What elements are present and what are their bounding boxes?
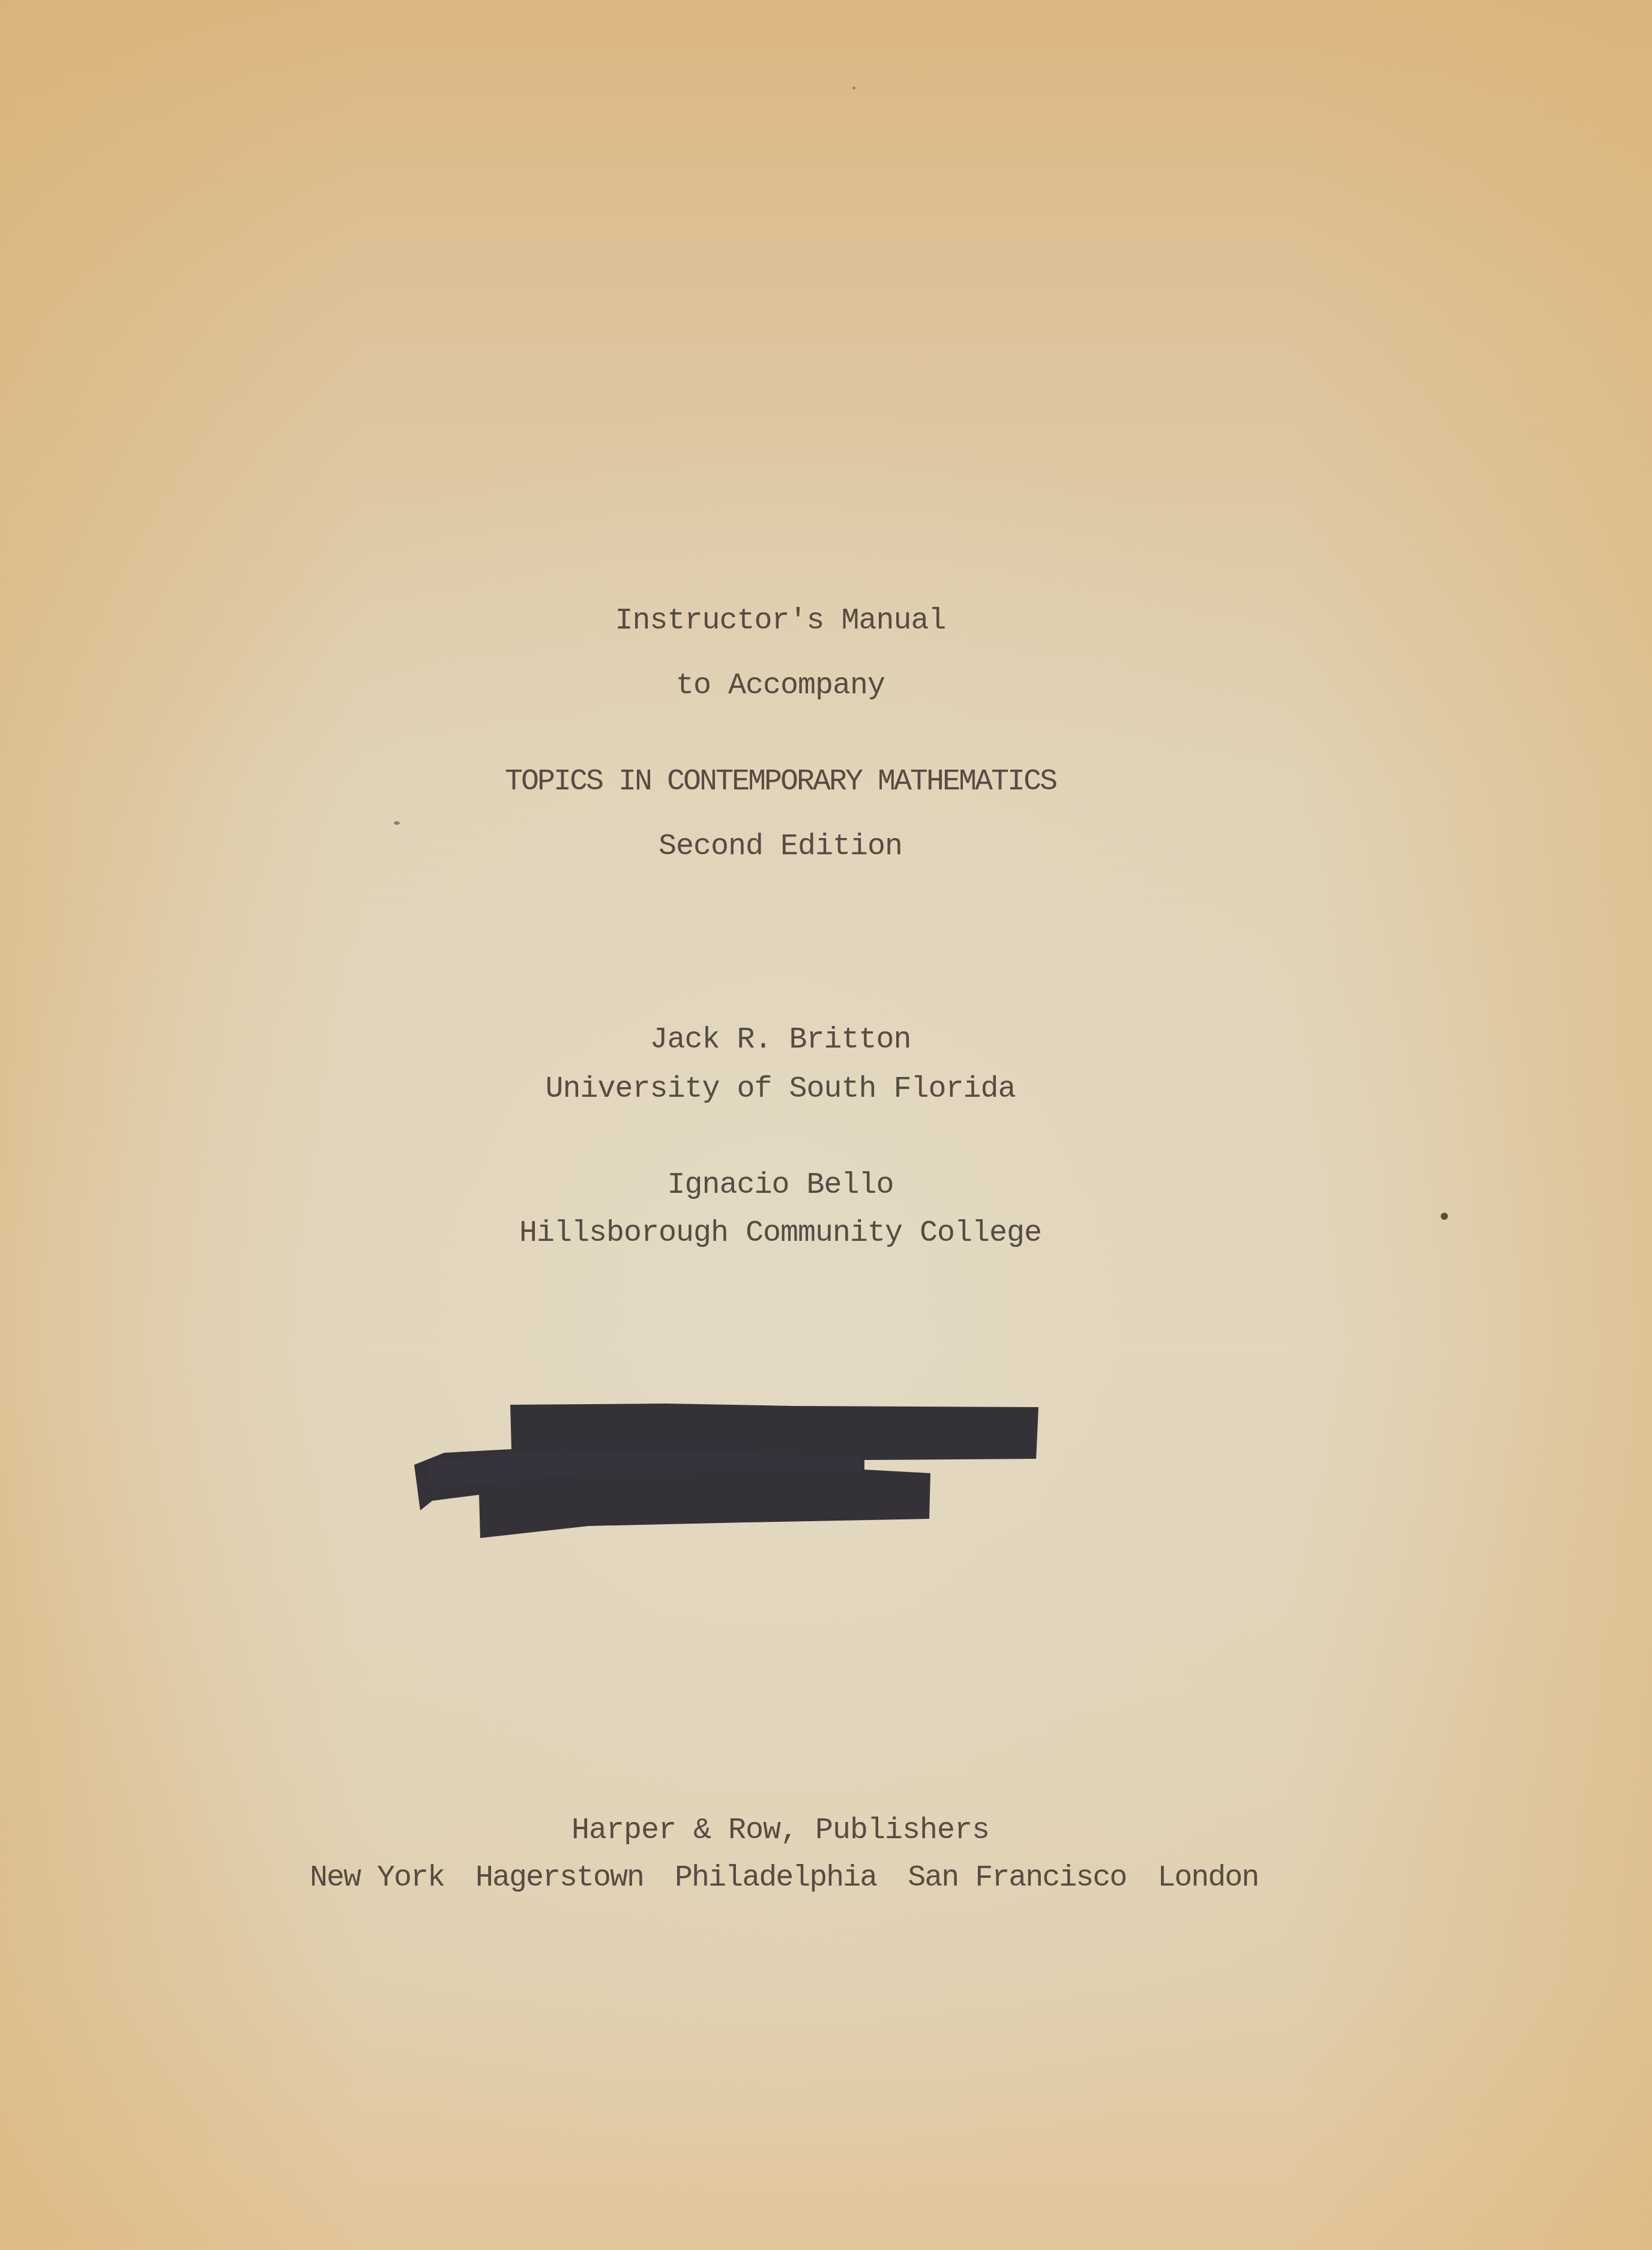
publisher-name: Harper & Row, Publishers [0, 1816, 1561, 1846]
paper-speck [394, 821, 400, 825]
publisher-city: San Francisco [908, 1863, 1126, 1893]
manual-subtitle: to Accompany [0, 671, 1561, 701]
paper-speck [852, 86, 855, 89]
author-name: Jack R. Britton [0, 1025, 1561, 1055]
marker-redaction [408, 1399, 1045, 1543]
redaction-smear-icon [408, 1399, 1045, 1543]
book-title: TOPICS IN CONTEMPORARY MATHEMATICS [0, 767, 1561, 797]
publisher-cities: New York Hagerstown Philadelphia San Fra… [310, 1863, 1258, 1893]
manual-title: Instructor's Manual [0, 606, 1561, 636]
publisher-city: Philadelphia [675, 1863, 876, 1893]
title-page: Instructor's Manual to Accompany TOPICS … [0, 0, 1652, 2250]
publisher-city: Hagerstown [475, 1863, 644, 1893]
author-affiliation: University of South Florida [0, 1075, 1561, 1105]
publisher-city: London [1157, 1863, 1258, 1893]
paper-speck [1441, 1213, 1448, 1220]
publisher-city: New York [310, 1863, 444, 1893]
author-name: Ignacio Bello [0, 1171, 1561, 1201]
edition: Second Edition [0, 832, 1561, 862]
author-affiliation: Hillsborough Community College [0, 1219, 1561, 1249]
